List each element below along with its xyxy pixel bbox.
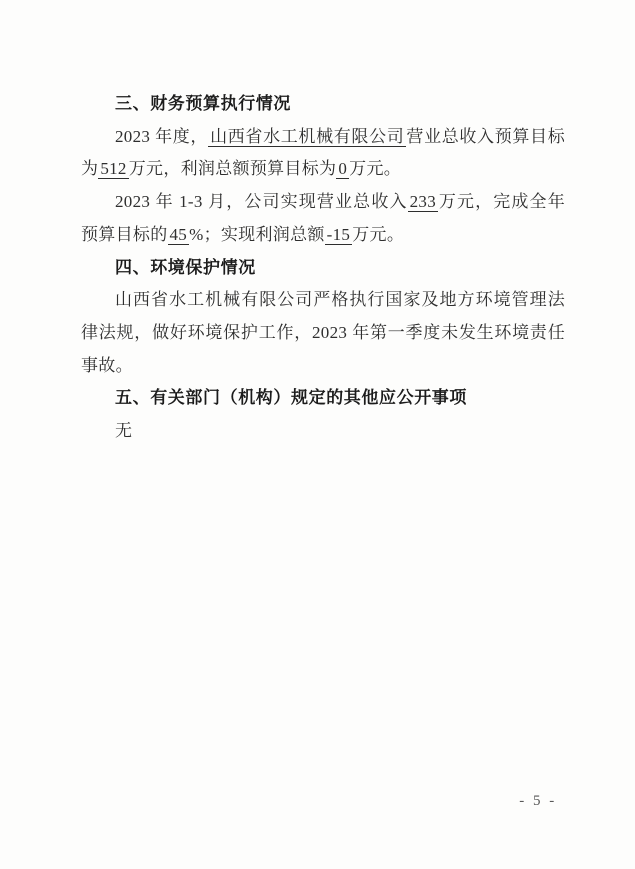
text-line: 为512万元，利润总额预算目标为0万元。 [81,153,565,186]
text-segment: 2023 年度， [115,127,208,146]
text-segment: 预算目标的 [81,225,168,244]
text-segment: 万元，完成全年 [438,192,565,211]
text-line: 2023 年度，山西省水工机械有限公司营业总收入预算目标 [81,121,565,154]
text-segment: 五、有关部门（机构）规定的其他应公开事项 [115,388,467,407]
underlined-value: 0 [336,159,349,179]
text-segment: 万元。 [352,225,404,244]
section-heading: 三、财务预算执行情况 [81,88,565,121]
text-line: 预算目标的45%；实现利润总额-15万元。 [81,219,565,252]
underlined-value: 512 [98,159,128,179]
text-segment: 三、财务预算执行情况 [115,94,291,113]
underlined-value: -15 [325,225,353,245]
text-line: 事故。 [81,350,565,383]
section-heading: 四、环境保护情况 [81,252,565,285]
text-segment: 万元。 [349,159,401,178]
text-segment: 无 [115,421,132,440]
text-segment: 为 [81,159,98,178]
underlined-value: 233 [408,192,438,212]
text-segment: 四、环境保护情况 [115,258,256,277]
text-line: 无 [81,415,565,448]
underlined-value: 山西省水工机械有限公司 [208,127,406,147]
underlined-value: 45 [168,225,190,245]
document-body: 三、财务预算执行情况2023 年度，山西省水工机械有限公司营业总收入预算目标为5… [81,88,565,448]
text-segment: 律法规，做好环境保护工作，2023 年第一季度未发生环境责任 [81,323,565,342]
page-number: - 5 - [500,793,576,810]
document-page: 三、财务预算执行情况2023 年度，山西省水工机械有限公司营业总收入预算目标为5… [0,0,635,869]
text-line: 2023 年 1-3 月，公司实现营业总收入233万元，完成全年 [81,186,565,219]
section-heading: 五、有关部门（机构）规定的其他应公开事项 [81,382,565,415]
text-line: 律法规，做好环境保护工作，2023 年第一季度未发生环境责任 [81,317,565,350]
text-segment: 万元，利润总额预算目标为 [129,159,337,178]
text-segment: 事故。 [81,356,133,375]
text-segment: 山西省水工机械有限公司严格执行国家及地方环境管理法 [115,290,565,309]
text-segment: %；实现利润总额 [189,225,325,244]
text-line: 山西省水工机械有限公司严格执行国家及地方环境管理法 [81,284,565,317]
text-segment: 营业总收入预算目标 [406,127,565,146]
text-segment: 2023 年 1-3 月，公司实现营业总收入 [115,192,408,211]
